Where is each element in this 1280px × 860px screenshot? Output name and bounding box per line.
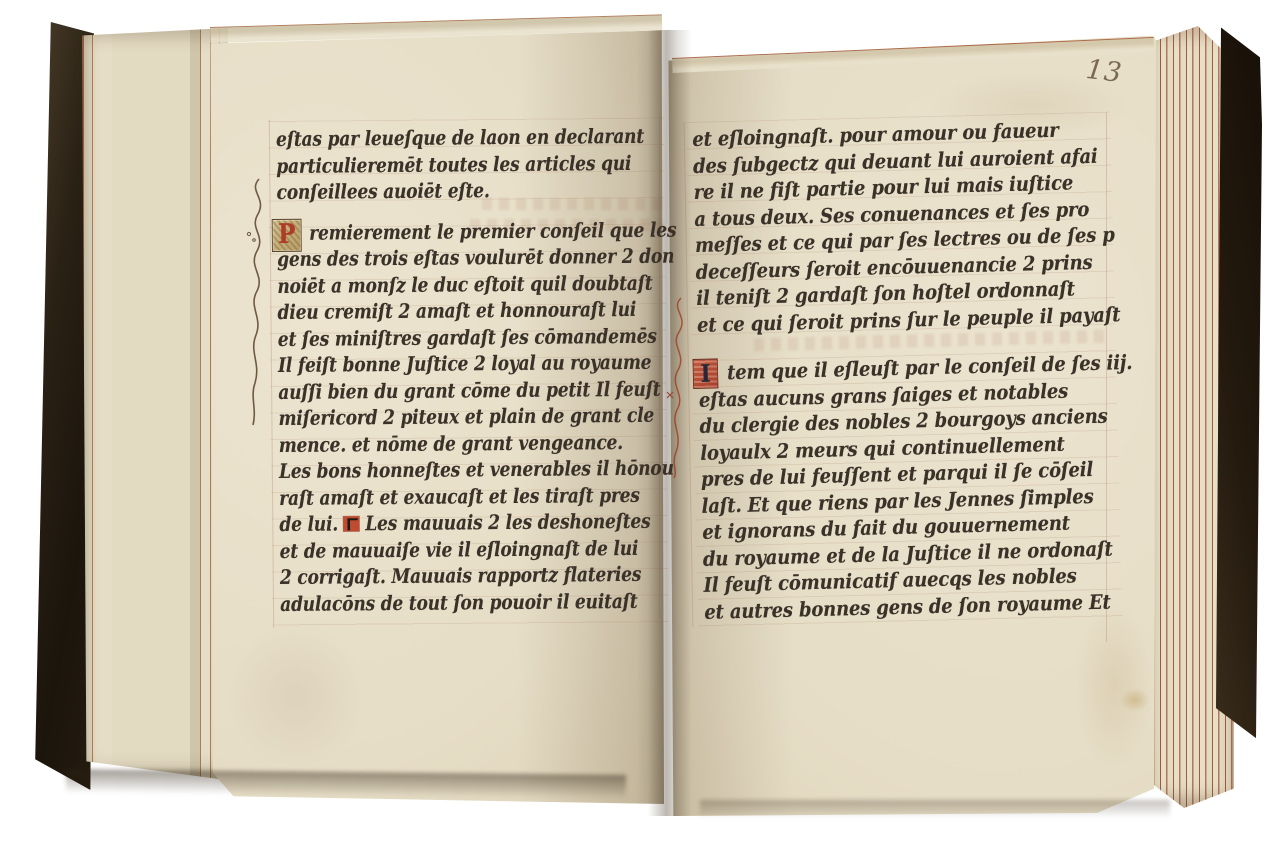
gutter-shadow (648, 30, 692, 816)
manuscript-photo: 13 eſtas par leueſque de laon en declara… (0, 0, 1280, 860)
folio-number: 13 (1084, 54, 1124, 89)
right-paragraph-1: et eſloingnaſt. pour amour ou faueur des… (692, 115, 1147, 338)
manuscript-line: mence. et nōme de grant vengeance. (279, 428, 687, 458)
manuscript-line-with-paraph: de lui.Les mauuais 2 les deshoneſtes (279, 507, 687, 537)
right-page-text-column: et eſloingnaſt. pour amour ou faueur des… (692, 115, 1154, 625)
book-bottom-shadow-left (66, 769, 626, 799)
manuscript-line: auſſi bien du grant cōme du petit Il feu… (278, 375, 686, 405)
manuscript-line: adulacōns de tout ſon pouoir il euitaſt (280, 587, 688, 617)
manuscript-line: dieu cremiſt 2 amaſt et honnouraſt lui (278, 295, 686, 325)
manuscript-line: et de mauuaiſe vie il eſloingnaſt de lui (280, 534, 688, 564)
manuscript-line: Il feiſt bonne Juſtice 2 loyal au royaum… (278, 348, 686, 378)
left-page-stack-edges (82, 28, 228, 784)
left-paragraph-1: eſtas par leueſque de laon en declarant … (276, 122, 685, 205)
manuscript-line: particulieremēt toutes les articles qui (276, 149, 684, 179)
illuminated-initial-p: P (272, 218, 302, 251)
manuscript-line: noiēt a monſz le duc eſtoit quil doubtaſ… (277, 269, 685, 299)
manuscript-line: et ſes miniſtres gardaſt ſes cōmandemēs (278, 322, 686, 352)
manuscript-line: miſericord 2 piteux et plain de grant cl… (278, 401, 686, 431)
left-page-text-column: eſtas par leueſque de laon en declarant … (276, 122, 688, 617)
paraph-mark-stroke (347, 518, 357, 530)
illuminated-initial-i: I (692, 358, 718, 389)
manuscript-line: gens des trois eſtas voulurēt donner 2 d… (277, 242, 685, 272)
manuscript-line: Les bons honneſtes et venerables il hōno… (279, 454, 687, 484)
line-segment: de lui. (279, 511, 338, 536)
manuscript-line: conſeillees auoiēt eſte. (276, 175, 684, 205)
left-paragraph-2: P remierement le premier conſeil que les… (277, 216, 688, 617)
manuscript-line: eſtas par leueſque de laon en declarant (276, 122, 684, 152)
manuscript-line: 2 corrigaſt. Mauuais rapportz flateries (280, 560, 688, 590)
paraph-mark (343, 516, 359, 531)
book-bottom-shadow-right (700, 800, 1170, 818)
right-paragraph-2: I tem que il eſleuſt par le conſeil de ſ… (698, 349, 1155, 625)
manuscript-line: remierement le premier conſeil que les (277, 216, 685, 246)
manuscript-line: raſt amaſt et exaucaſt et les tiraſt pre… (279, 481, 687, 511)
line-segment: Les mauuais 2 les deshoneſtes (365, 509, 650, 535)
